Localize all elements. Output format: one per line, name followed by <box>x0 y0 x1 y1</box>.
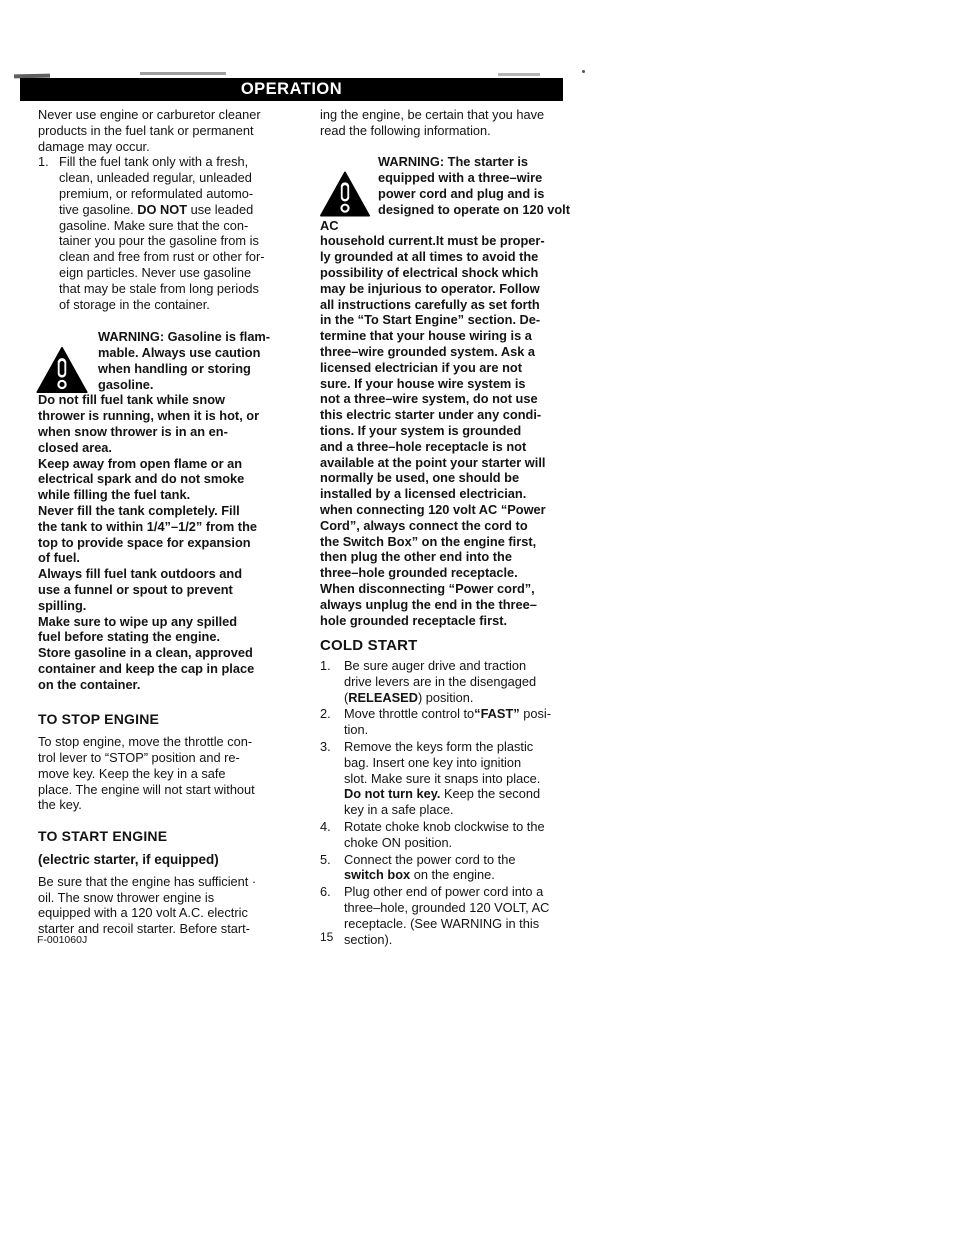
caution-paragraph: Make sure to wipe up any spilled fuel be… <box>38 614 300 646</box>
numbered-item: 5. Connect the power cord to the switch … <box>320 852 578 884</box>
warning-triangle-icon <box>320 155 370 201</box>
caution-paragraph: Never fill the tank completely. Fill the… <box>38 503 300 566</box>
item-text: Connect the power cord to the switch box… <box>344 852 578 884</box>
page-number: 15 <box>320 930 333 944</box>
right-column: ing the engine, be certain that you have… <box>320 107 578 948</box>
caution-paragraph: Keep away from open flame or an electric… <box>38 456 300 503</box>
item-text: Move throttle control to“FAST” posi- tio… <box>344 706 578 738</box>
bold-text: switch box <box>344 867 410 882</box>
numbered-item: 2. Move throttle control to“FAST” posi- … <box>320 706 578 738</box>
numbered-item: 4. Rotate choke knob clockwise to the ch… <box>320 819 578 851</box>
item-number: 5. <box>320 852 344 884</box>
numbered-item: 3. Remove the keys form the plastic bag.… <box>320 739 578 818</box>
item-number: 1. <box>38 154 59 312</box>
numbered-item: 6. Plug other end of power cord into a t… <box>320 884 578 947</box>
cold-start-heading: COLD START <box>320 638 578 654</box>
form-number: F-001060J <box>37 934 87 946</box>
section-header-bar: OPERATION <box>20 78 563 101</box>
text-segment: on the engine. <box>410 867 495 882</box>
text-segment: Move throttle control to <box>344 706 474 721</box>
stop-engine-paragraph: To stop engine, move the throttle con- t… <box>38 734 300 813</box>
intro-paragraph: Never use engine or carburetor cleaner p… <box>38 107 300 154</box>
item-text: Rotate choke knob clockwise to the choke… <box>344 819 578 851</box>
scan-artifact <box>498 73 540 76</box>
text-segment: Connect the power cord to the <box>344 852 515 867</box>
item-text: Remove the keys form the plastic bag. In… <box>344 739 578 818</box>
bold-text: DO NOT <box>137 202 187 217</box>
item-number: 1. <box>320 658 344 705</box>
item-number: 2. <box>320 706 344 738</box>
caution-paragraph: Store gasoline in a clean, approved cont… <box>38 645 300 692</box>
warning-block: WARNING: The starter is equipped with a … <box>320 139 578 629</box>
item-text: Plug other end of power cord into a thre… <box>344 884 578 947</box>
bold-text: Do not turn key. <box>344 786 440 801</box>
text-segment: Remove the keys form the plastic bag. In… <box>344 739 540 786</box>
text-segment: Plug other end of power cord into a thre… <box>344 884 549 946</box>
stop-engine-heading: TO STOP ENGINE <box>38 712 300 728</box>
scan-artifact <box>140 72 226 75</box>
manual-page: OPERATION Never use engine or carburetor… <box>0 0 954 1240</box>
item-text: Fill the fuel tank only with a fresh, cl… <box>59 154 300 312</box>
left-column: Never use engine or carburetor cleaner p… <box>38 107 300 937</box>
text-segment: use leaded gasoline. Make sure that the … <box>59 202 265 312</box>
item-number: 4. <box>320 819 344 851</box>
caution-paragraph: Do not fill fuel tank while snow thrower… <box>38 392 300 455</box>
caution-paragraph: Always fill fuel tank outdoors and use a… <box>38 566 300 613</box>
warning-text: WARNING: Gasoline is flam- mable. Always… <box>98 329 270 391</box>
intro-continued-paragraph: ing the engine, be certain that you have… <box>320 107 578 139</box>
numbered-item: 1. Be sure auger drive and traction driv… <box>320 658 578 705</box>
item-number: 3. <box>320 739 344 818</box>
text-segment: Rotate choke knob clockwise to the choke… <box>344 819 545 850</box>
warning-triangle-icon <box>36 331 88 377</box>
bold-text: “FAST” <box>474 706 520 721</box>
section-title: OPERATION <box>241 80 342 99</box>
scan-artifact <box>582 70 585 73</box>
item-text: Be sure auger drive and traction drive l… <box>344 658 578 705</box>
bold-text: RELEASED <box>348 690 418 705</box>
warning-block: WARNING: Gasoline is flam- mable. Always… <box>38 313 300 392</box>
numbered-item: 1. Fill the fuel tank only with a fresh,… <box>38 154 300 312</box>
text-segment: ) position. <box>418 690 473 705</box>
start-engine-heading: TO START ENGINE <box>38 829 300 845</box>
start-engine-subheading: (electric starter, if equipped) <box>38 852 300 868</box>
start-engine-paragraph: Be sure that the engine has sufficient ·… <box>38 874 300 937</box>
